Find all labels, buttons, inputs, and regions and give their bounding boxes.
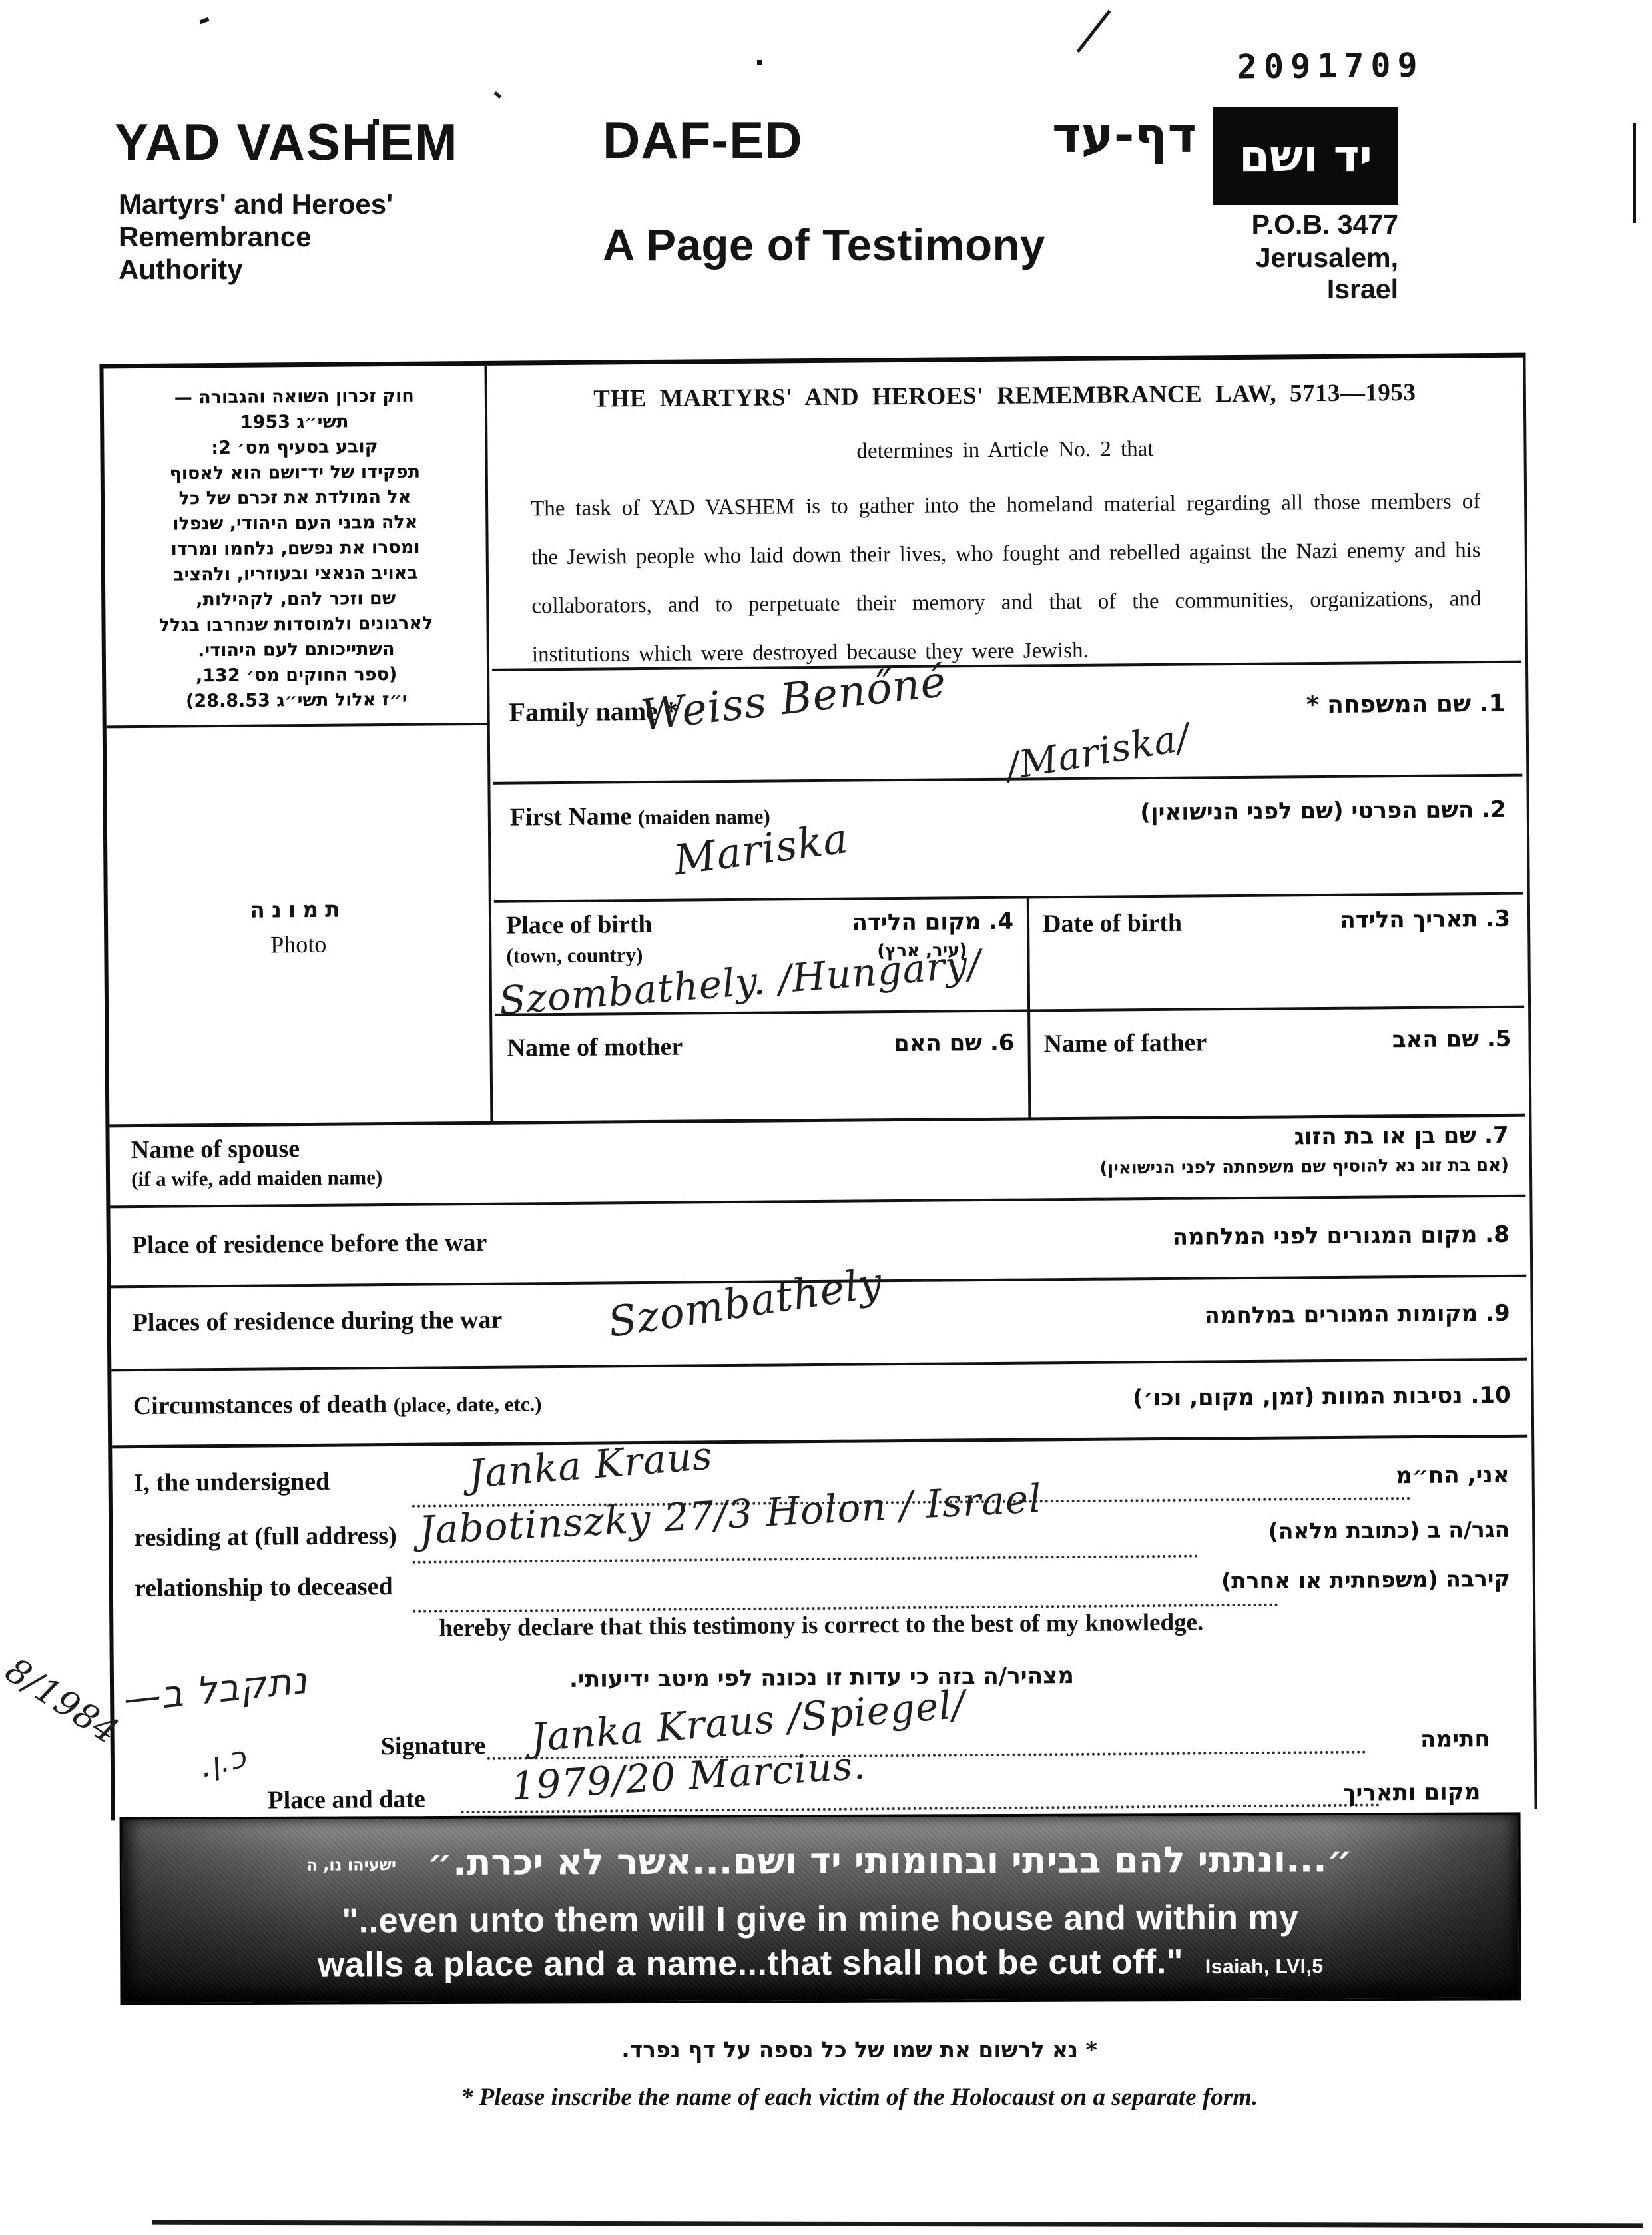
photo-label-english: Photo bbox=[108, 929, 489, 960]
law-text-hebrew-line: השתייכותם לעם היהודי. bbox=[106, 636, 487, 664]
spouse-label-en: Name of spouse bbox=[131, 1134, 300, 1165]
law-text-hebrew-line: שם וזכר להם, לקהילות, bbox=[105, 585, 486, 613]
bottom-scan-edge bbox=[152, 2220, 1643, 2228]
death-label-en: Circumstances of death (place, date, etc… bbox=[133, 1388, 542, 1421]
banner-quote-hebrew: ״...ונתתי להם בביתי ובחומותי יד ושם...אש… bbox=[123, 1837, 1518, 1884]
field-name-of-father: Name of father 5. שם האב bbox=[1030, 1008, 1525, 1120]
law-text-hebrew-line: אלה מבני העם היהודי, שנפלו bbox=[105, 509, 485, 537]
banner-quote-english-line2: walls a place and a name...that shall no… bbox=[123, 1941, 1518, 1985]
law-body: The task of YAD VASHEM is to gather into… bbox=[531, 478, 1482, 679]
name-of-father-label-en: Name of father bbox=[1043, 1028, 1207, 1058]
isaiah-quote-banner: ״...ונתתי להם בביתי ובחומותי יד ושם...אש… bbox=[120, 1812, 1521, 2005]
relationship-label-he: קירבה (משפחתית או אחרת) bbox=[1221, 1566, 1510, 1594]
residing-label-he: הגר/ה ב (כתובת מלאה) bbox=[1268, 1516, 1510, 1544]
margin-note-date: 8/1984 bbox=[0, 1650, 125, 1752]
law-text-hebrew-line: לארגונים ולמוסדות שנחרבו בגלל bbox=[105, 611, 486, 639]
title-transliterated: DAF-ED bbox=[603, 110, 803, 170]
family-name-value: Weiss Benőné bbox=[639, 657, 949, 741]
photo-label-hebrew: תמונה bbox=[108, 895, 489, 924]
footnote-hebrew: * נא לרשום את שמו של כל נספה על דף נפרד. bbox=[67, 2037, 1652, 2063]
banner-quote-hebrew-text: ״...ונתתי להם בביתי ובחומותי יד ושם...אש… bbox=[427, 1838, 1353, 1883]
law-text-hebrew-line: באויב הנאצי ובעוזריו, ולהציב bbox=[105, 560, 486, 588]
death-label-sub: (place, date, etc.) bbox=[393, 1392, 541, 1417]
residence-during-label-en: Places of residence during the war bbox=[133, 1305, 503, 1337]
place-of-birth-label-en-sub: (town, country) bbox=[506, 943, 643, 968]
banner-quote-english-line1: "..even unto them will I give in mine ho… bbox=[123, 1897, 1518, 1941]
spouse-label-he-sub: (אם בת זוג נא להוסיף שם משפחתה לפני הניש… bbox=[1099, 1155, 1509, 1179]
residence-before-label-en: Place of residence before the war bbox=[132, 1228, 487, 1260]
org-subtitle-line3: Authority bbox=[119, 253, 393, 286]
scan-artifact bbox=[494, 91, 502, 99]
residing-label-en: residing at (full address) bbox=[134, 1521, 397, 1552]
field-name-of-mother: Name of mother 6. שם האם bbox=[495, 1012, 1031, 1123]
scanned-testimony-page: { "header": { "org_name": "YAD VASHEM", … bbox=[0, 0, 1652, 2235]
field-place-of-birth: Place of birth (town, country) 4. מקום ה… bbox=[494, 899, 1030, 1016]
place-of-birth-label-en: Place of birth bbox=[506, 910, 653, 940]
law-text-hebrew-line: אל המולדת את זכרם של כל bbox=[105, 484, 485, 512]
org-subtitle-line1: Martyrs' and Heroes' bbox=[119, 188, 393, 220]
field-first-name: First Name (maiden name) 2. השם הפרטי (ש… bbox=[493, 774, 1523, 903]
field-circumstances-of-death: Circumstances of death (place, date, etc… bbox=[111, 1358, 1527, 1448]
scan-artifact bbox=[373, 119, 379, 125]
banner-quote-hebrew-source: ישעיהו נו, ה bbox=[306, 1856, 396, 1875]
field-birth-row: Place of birth (town, country) 4. מקום ה… bbox=[494, 892, 1524, 1016]
field-spouse: Name of spouse (if a wife, add maiden na… bbox=[109, 1114, 1525, 1209]
field-residence-during-war: Places of residence during the war 9. מק… bbox=[111, 1275, 1527, 1372]
field-family-name: Family name * 1. שם המשפחה * Weiss Benőn… bbox=[492, 661, 1522, 785]
law-text-hebrew: חוק זכרון השואה והגבורה —תשי״ג 1953קובע … bbox=[103, 366, 489, 729]
death-label-he: 10. נסיבות המוות (זמן, מקום, וכו׳) bbox=[1133, 1382, 1511, 1411]
scan-artifact bbox=[757, 60, 762, 65]
testimony-form: חוק זכרון השואה והגבורה —תשי״ג 1953קובע … bbox=[99, 353, 1537, 1821]
field-parents-row: Name of mother 6. שם האם Name of father … bbox=[495, 1006, 1525, 1124]
scan-artifact bbox=[199, 17, 209, 24]
residence-before-label-he: 8. מקום המגורים לפני המלחמה bbox=[1173, 1221, 1510, 1251]
family-name-label-he: 1. שם המשפחה * bbox=[1306, 690, 1506, 719]
signature-value: Janka Kraus /Spiegel/ bbox=[529, 1682, 967, 1761]
law-text-hebrew-line: חוק זכרון השואה והגבורה — bbox=[104, 383, 485, 411]
first-name-label-main: First Name bbox=[510, 802, 632, 831]
page-title: A Page of Testimony bbox=[603, 220, 1045, 271]
place-date-line bbox=[461, 1803, 1380, 1813]
banner-quote-english-text: walls a place and a name...that shall no… bbox=[318, 1943, 1183, 1985]
law-text-hebrew-line: (ספר החוקים מס׳ 132, bbox=[106, 661, 487, 689]
city-address: Jerusalem, Israel bbox=[1207, 242, 1398, 305]
declaration-section: I, the undersigned Janka Kraus אני, הח״מ… bbox=[112, 1435, 1530, 1824]
org-subtitle-line2: Remembrance bbox=[119, 220, 393, 253]
date-of-birth-label-he: 3. תאריך הלידה bbox=[1340, 906, 1510, 934]
title-hebrew: דף-עד bbox=[1052, 107, 1204, 164]
banner-quote-english-source: Isaiah, LVI,5 bbox=[1205, 1955, 1324, 1978]
first-name-label-he: 2. השם הפרטי (שם לפני הנישואין) bbox=[1140, 797, 1506, 826]
yad-vashem-logo: יד ושם bbox=[1213, 107, 1398, 205]
yad-vashem-logo-hebrew: יד ושם bbox=[1239, 131, 1372, 182]
declare-sentence-he: מצהיר/ה בזה כי עדות זו נכונה לפי מיטב יד… bbox=[114, 1659, 1529, 1697]
name-of-mother-label-en: Name of mother bbox=[507, 1032, 683, 1063]
relationship-label-en: relationship to deceased bbox=[135, 1572, 393, 1603]
place-date-label: Place and date bbox=[268, 1785, 425, 1815]
death-label-main: Circumstances of death bbox=[133, 1390, 388, 1420]
name-of-mother-label-he: 6. שם האם bbox=[894, 1030, 1015, 1057]
law-text-hebrew-line: תשי״ג 1953 bbox=[104, 408, 485, 436]
residence-during-label-he: 9. מקומות המגורים במלחמה bbox=[1204, 1300, 1510, 1329]
place-date-label-he: מקום ותאריך bbox=[1343, 1779, 1481, 1807]
first-name-label-en: First Name (maiden name) bbox=[510, 801, 770, 832]
name-of-father-label-he: 5. שם האב bbox=[1392, 1026, 1512, 1053]
law-text-hebrew-line: קובע בסעיף מס׳ 2: bbox=[104, 434, 485, 462]
place-of-birth-label-he: 4. מקום הלידה bbox=[852, 908, 1013, 936]
date-of-birth-label-en: Date of birth bbox=[1043, 908, 1182, 939]
signature-label-he: חתימה bbox=[1420, 1726, 1490, 1753]
law-text-english: THE MARTYRS' AND HEROES' REMEMBRANCE LAW… bbox=[489, 358, 1521, 669]
spouse-label-he: 7. שם בן או בת הזוג bbox=[1294, 1122, 1509, 1151]
signature-label: Signature bbox=[381, 1731, 486, 1761]
law-text-hebrew-line: ומסרו את נפשם, נלחמו ומרדו bbox=[105, 535, 485, 563]
law-text-hebrew-line: י״ז אלול תשי״ג 28.8.53) bbox=[106, 687, 487, 715]
footnote-english: * Please inscribe the name of each victi… bbox=[67, 2083, 1652, 2112]
declare-sentence-en: hereby declare that this testimony is co… bbox=[113, 1606, 1529, 1646]
field-date-of-birth: Date of birth 3. תאריך הלידה bbox=[1029, 895, 1524, 1012]
undersigned-label-en: I, the undersigned bbox=[133, 1467, 330, 1498]
scan-artifact bbox=[1633, 123, 1636, 223]
law-text-hebrew-line: תפקידו של יד־ושם הוא לאסוף bbox=[105, 459, 485, 487]
law-title: THE MARTYRS' AND HEROES' REMEMBRANCE LAW… bbox=[530, 378, 1480, 414]
spouse-label-en-sub: (if a wife, add maiden name) bbox=[131, 1165, 382, 1191]
pob-address: P.O.B. 3477 bbox=[1213, 209, 1398, 240]
undersigned-value: Janka Kraus bbox=[467, 1433, 714, 1497]
scan-artifact bbox=[1077, 10, 1111, 53]
undersigned-label-he: אני, הח״מ bbox=[1396, 1462, 1510, 1489]
law-subtitle: determines in Article No. 2 that bbox=[530, 434, 1480, 466]
photo-placeholder: תמונה Photo bbox=[107, 725, 493, 1125]
residing-line bbox=[413, 1555, 1199, 1564]
org-subtitle: Martyrs' and Heroes' Remembrance Authori… bbox=[119, 188, 393, 286]
org-name: YAD VASHEM bbox=[115, 112, 459, 172]
registration-stamp-number: 2091709 bbox=[1237, 46, 1424, 87]
